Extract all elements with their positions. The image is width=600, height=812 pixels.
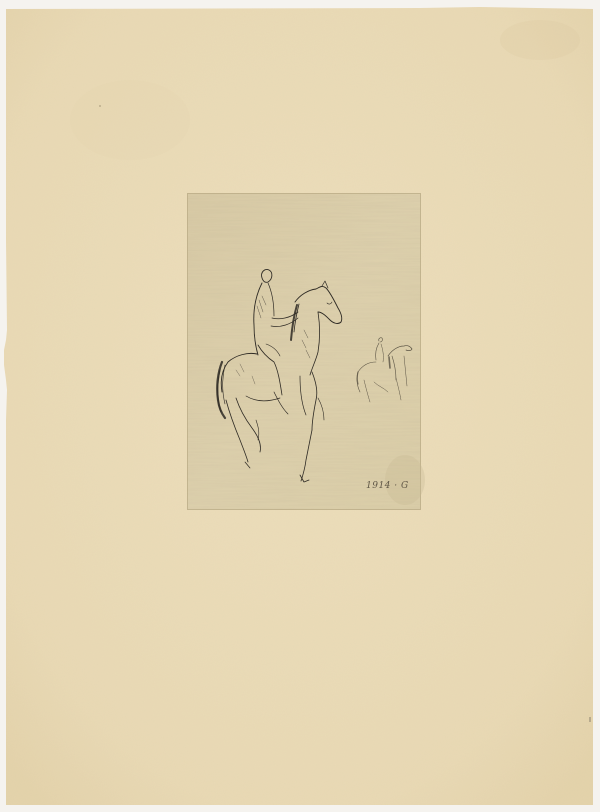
artwork-viewer: Etching / drypoint print of a nude rider…	[0, 0, 600, 812]
print-sheet	[0, 0, 600, 812]
plate-inscription: 1914 · G	[366, 481, 409, 491]
